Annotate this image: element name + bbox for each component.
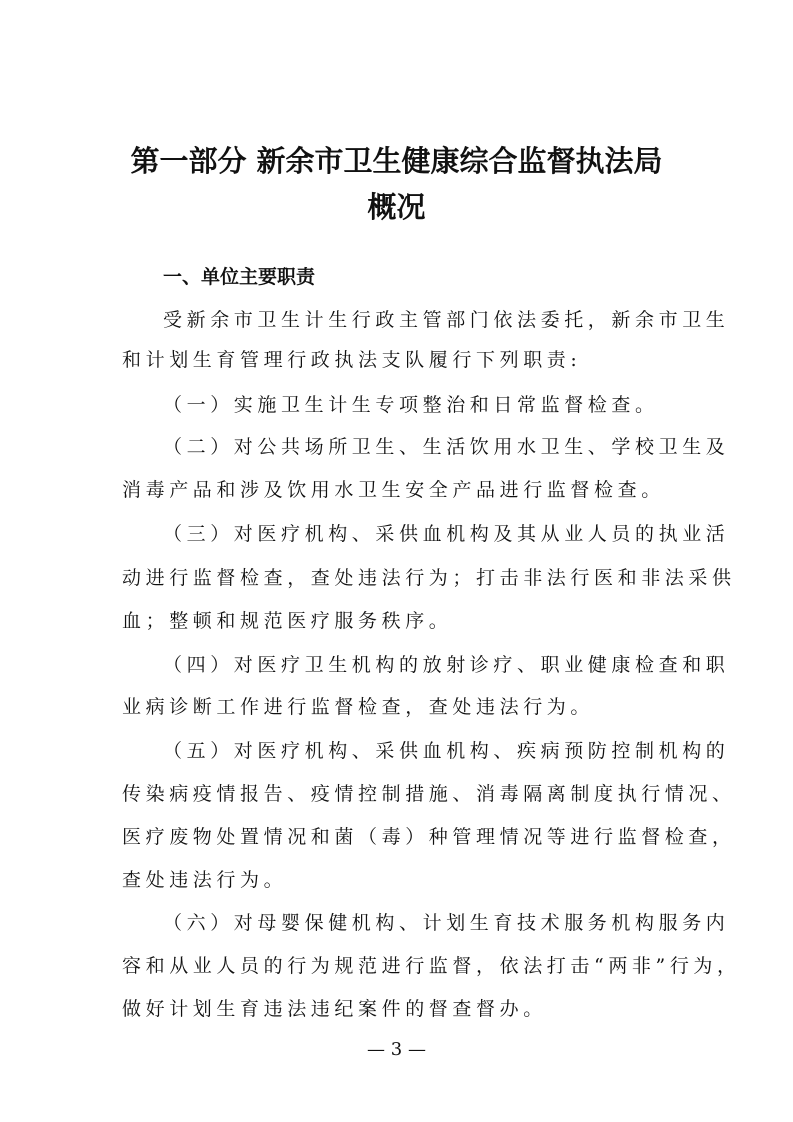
document-title: 第一部分 新余市卫生健康综合监督执法局 概况	[100, 138, 693, 230]
title-line-2: 概况	[100, 184, 693, 230]
paragraph-line: 受新余市卫生计生行政主管部门依法委托，新余市卫生	[163, 306, 678, 334]
paragraph-line: 传染病疫情报告、疫情控制措施、消毒隔离制度执行情况、	[122, 780, 678, 808]
document-page: 第一部分 新余市卫生健康综合监督执法局 概况 一、单位主要职责 受新余市卫生计生…	[0, 0, 793, 1122]
paragraph-line: 做好计划生育违法违纪案件的督查督办。	[122, 995, 678, 1023]
page-number: — 3 —	[0, 1038, 793, 1062]
paragraph-line: （一）实施卫生计生专项整治和日常监督检查。	[163, 391, 678, 419]
paragraph-line: 动进行监督检查，查处违法行为；打击非法行医和非法采供	[122, 564, 678, 592]
paragraph-line: 容和从业人员的行为规范进行监督，依法打击“两非”行为，	[122, 952, 678, 980]
paragraph-line: （五）对医疗机构、采供血机构、疾病预防控制机构的	[163, 737, 678, 765]
paragraph-line: （二）对公共场所卫生、生活饮用水卫生、学校卫生及	[163, 433, 678, 461]
paragraph-line: 和计划生育管理行政执法支队履行下列职责:	[122, 346, 678, 374]
section-heading: 一、单位主要职责	[163, 263, 315, 291]
paragraph-line: 查处违法行为。	[122, 866, 678, 894]
paragraph-line: 血；整顿和规范医疗服务秩序。	[122, 607, 678, 635]
paragraph-line: 医疗废物处置情况和菌（毒）种管理情况等进行监督检查，	[122, 823, 678, 851]
paragraph-line: （六）对母婴保健机构、计划生育技术服务机构服务内	[163, 909, 678, 937]
paragraph-line: 业病诊断工作进行监督检查，查处违法行为。	[122, 693, 678, 721]
title-line-1: 第一部分 新余市卫生健康综合监督执法局	[100, 138, 693, 184]
paragraph-line: （三）对医疗机构、采供血机构及其从业人员的执业活	[163, 520, 678, 548]
paragraph-line: 消毒产品和涉及饮用水卫生安全产品进行监督检查。	[122, 476, 678, 504]
paragraph-line: （四）对医疗卫生机构的放射诊疗、职业健康检查和职	[163, 651, 678, 679]
